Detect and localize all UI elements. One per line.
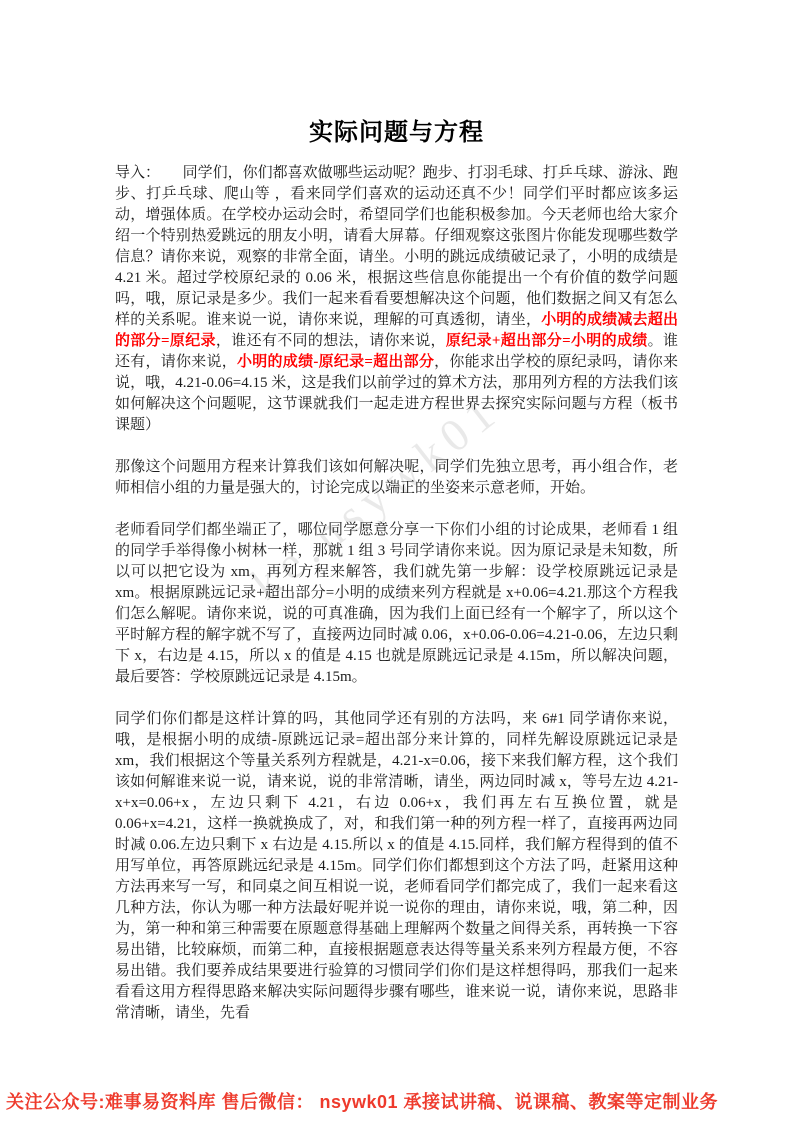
footer-promo-text: 关注公众号:难事易资料库 售后微信： nsywk01 承接试讲稿、说课稿、教案等…: [6, 1088, 787, 1114]
highlighted-text: 小明的成绩-原纪录=超出部分: [237, 354, 434, 370]
page-title: 实际问题与方程: [0, 112, 793, 147]
document-body: 导入： 同学们，你们都喜欢做哪些运动呢？跑步、打羽毛球、打乒乓球、游泳、跑步、打…: [115, 163, 678, 1045]
text-segment: 那像这个问题用方程来计算我们该如何解决呢，同学们先独立思考，再小组合作，老师相信…: [115, 459, 678, 496]
paragraph: 那像这个问题用方程来计算我们该如何解决呢，同学们先独立思考，再小组合作，老师相信…: [115, 457, 678, 499]
document-page: 实际问题与方程 ke.nsywk01 导入： 同学们，你们都喜欢做哪些运动呢？跑…: [0, 0, 793, 1122]
text-segment: 导入： 同学们，你们都喜欢做哪些运动呢？跑步、打羽毛球、打乒乓球、游泳、跑步、打…: [115, 165, 678, 328]
paragraph: 导入： 同学们，你们都喜欢做哪些运动呢？跑步、打羽毛球、打乒乓球、游泳、跑步、打…: [115, 163, 678, 436]
text-segment: 同学们你们都是这样计算的吗，其他同学还有别的方法吗，来 6#1 同学请你来说，哦…: [115, 711, 678, 1021]
paragraph: 老师看同学们都坐端正了，哪位同学愿意分享一下你们小组的讨论成果，老师看 1 组的…: [115, 520, 678, 688]
paragraph: 同学们你们都是这样计算的吗，其他同学还有别的方法吗，来 6#1 同学请你来说，哦…: [115, 709, 678, 1024]
text-segment: ，谁还有不同的想法，请你来说，: [216, 333, 446, 349]
highlighted-text: 原纪录+超出部分=小明的成绩: [446, 333, 648, 349]
text-segment: 老师看同学们都坐端正了，哪位同学愿意分享一下你们小组的讨论成果，老师看 1 组的…: [115, 522, 678, 685]
